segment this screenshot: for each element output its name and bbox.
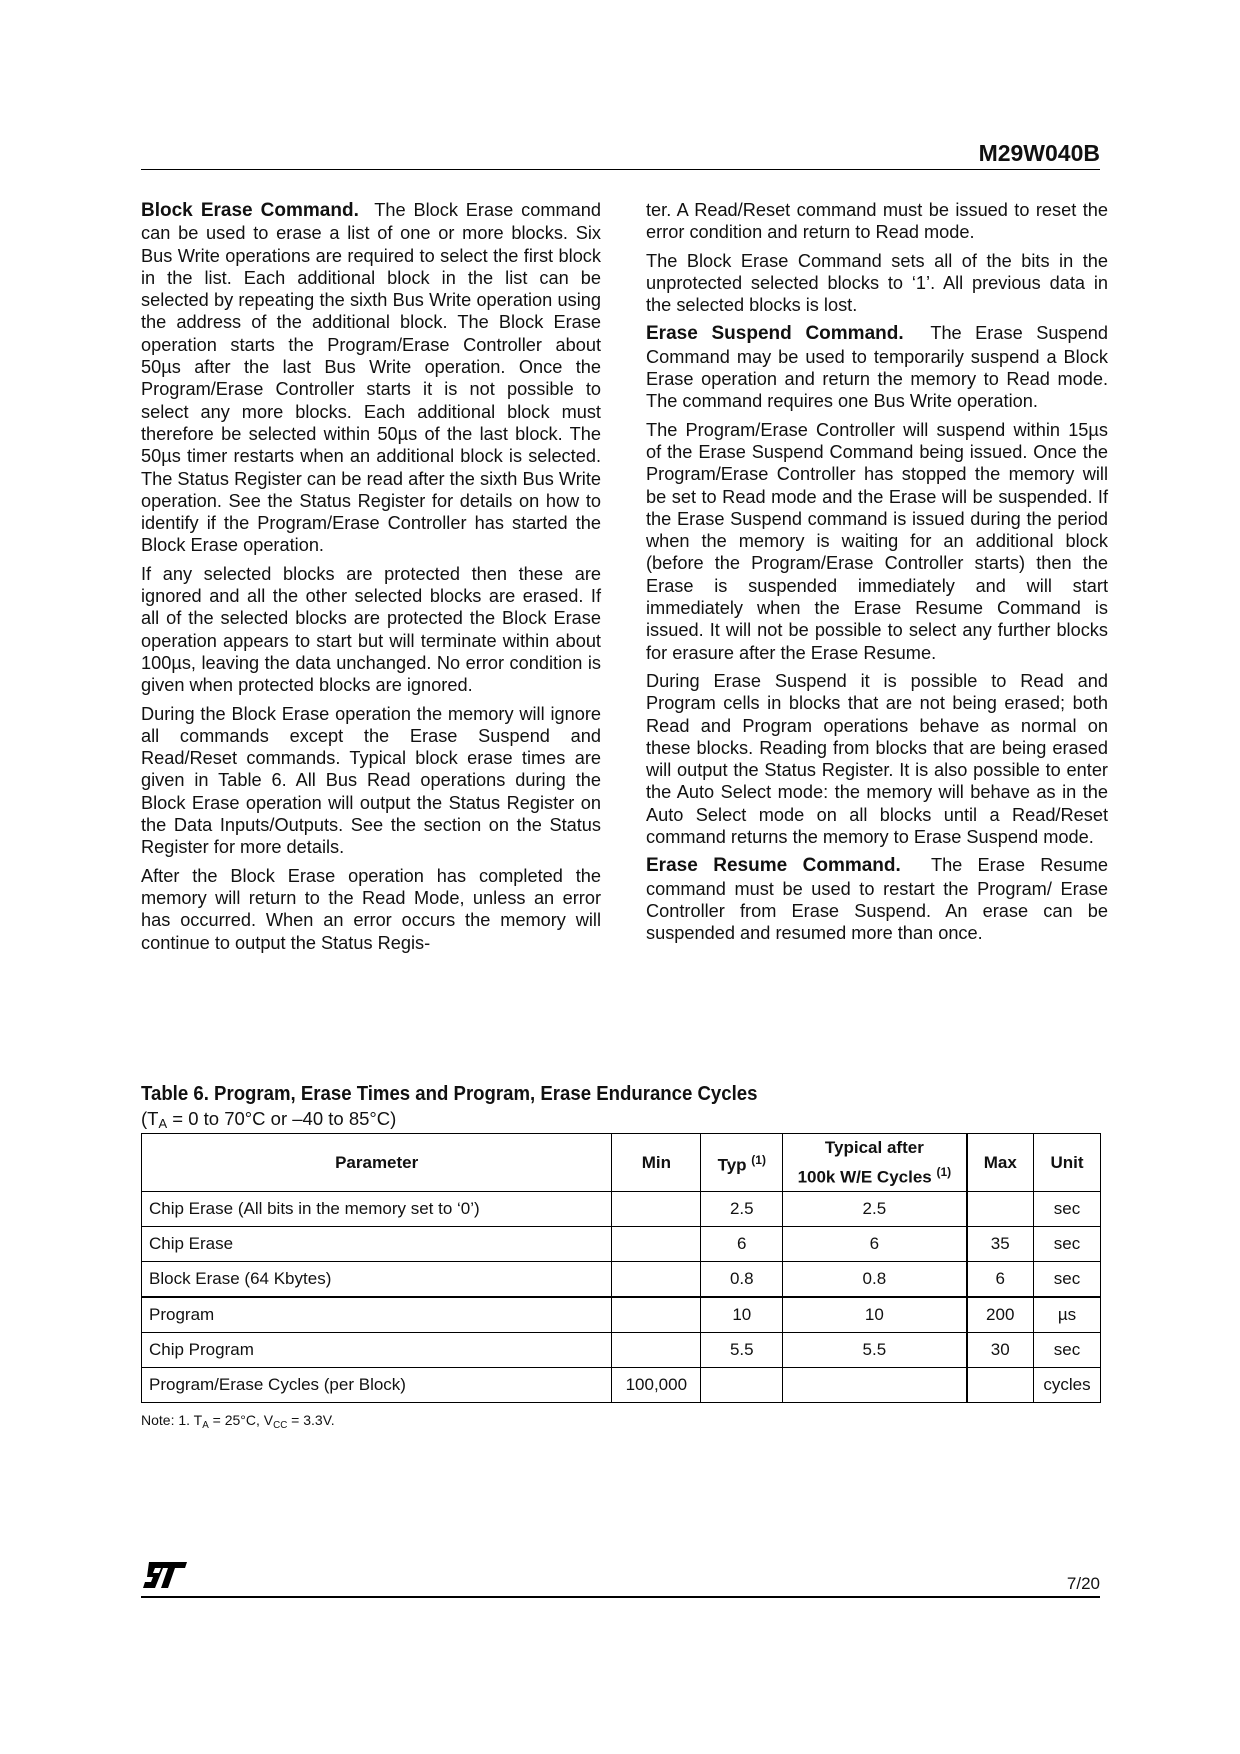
- read-reset-paragraph: ter. A Read/Reset command must be issued…: [646, 199, 1108, 244]
- header-parameter: Parameter: [142, 1134, 612, 1192]
- cell-max: 30: [967, 1333, 1034, 1368]
- cell-min: [612, 1227, 701, 1262]
- cell-unit: µs: [1033, 1297, 1100, 1333]
- cell-typ: 10: [701, 1297, 783, 1333]
- table-row: Chip Program 5.5 5.5 30 sec: [142, 1333, 1101, 1368]
- header-max: Max: [967, 1134, 1034, 1192]
- cell-max: 35: [967, 1227, 1034, 1262]
- table-row: Chip Erase 6 6 35 sec: [142, 1227, 1101, 1262]
- cell-min: [612, 1192, 701, 1227]
- header-unit: Unit: [1033, 1134, 1100, 1192]
- cell-unit: cycles: [1033, 1368, 1100, 1403]
- cell-max: [967, 1192, 1034, 1227]
- cell-typ-after: [783, 1368, 967, 1403]
- header-typ: Typ (1): [701, 1134, 783, 1192]
- cell-typ-after: 5.5: [783, 1333, 967, 1368]
- table-subtitle: (TA = 0 to 70°C or –40 to 85°C): [141, 1108, 396, 1131]
- header-typ-after: Typical after100k W/E Cycles (1): [783, 1134, 967, 1192]
- cell-min: [612, 1333, 701, 1368]
- st-logo-icon: [141, 1560, 189, 1590]
- cell-unit: sec: [1033, 1227, 1100, 1262]
- table-row: Program 10 10 200 µs: [142, 1297, 1101, 1333]
- protected-blocks-paragraph: If any selected blocks are protected the…: [141, 563, 601, 697]
- block-erase-paragraph: Block Erase Command. The Block Erase com…: [141, 199, 601, 557]
- cell-unit: sec: [1033, 1192, 1100, 1227]
- bits-set-paragraph: The Block Erase Command sets all of the …: [646, 250, 1108, 317]
- erase-resume-heading: Erase Resume Command.: [646, 855, 901, 876]
- cell-parameter: Block Erase (64 Kbytes): [142, 1262, 612, 1298]
- cell-parameter: Program/Erase Cycles (per Block): [142, 1368, 612, 1403]
- timing-table: Parameter Min Typ (1) Typical after100k …: [141, 1133, 1101, 1403]
- cell-unit: sec: [1033, 1333, 1100, 1368]
- suspend-timing-paragraph: The Program/Erase Controller will suspen…: [646, 419, 1108, 664]
- cell-typ-after: 0.8: [783, 1262, 967, 1298]
- cell-min: 100,000: [612, 1368, 701, 1403]
- header-rule: [141, 169, 1100, 170]
- block-erase-heading: Block Erase Command.: [141, 200, 359, 221]
- right-column: ter. A Read/Reset command must be issued…: [646, 199, 1108, 951]
- erase-suspend-paragraph: Erase Suspend Command. The Erase Suspend…: [646, 322, 1108, 412]
- cell-max: 6: [967, 1262, 1034, 1298]
- table-note: Note: 1. TA = 25°C, VCC = 3.3V.: [141, 1412, 335, 1431]
- cell-typ: [701, 1368, 783, 1403]
- cell-min: [612, 1262, 701, 1298]
- cell-min: [612, 1297, 701, 1333]
- cell-typ-after: 6: [783, 1227, 967, 1262]
- cell-max: 200: [967, 1297, 1034, 1333]
- during-erase-paragraph: During the Block Erase operation the mem…: [141, 703, 601, 859]
- cell-typ: 6: [701, 1227, 783, 1262]
- cell-parameter: Program: [142, 1297, 612, 1333]
- after-erase-paragraph: After the Block Erase operation has comp…: [141, 865, 601, 954]
- block-erase-body: The Block Erase command can be used to e…: [141, 200, 601, 555]
- cell-parameter: Chip Program: [142, 1333, 612, 1368]
- cell-typ-after: 2.5: [783, 1192, 967, 1227]
- erase-suspend-heading: Erase Suspend Command.: [646, 323, 904, 344]
- cell-unit: sec: [1033, 1262, 1100, 1298]
- table-row: Program/Erase Cycles (per Block) 100,000…: [142, 1368, 1101, 1403]
- during-suspend-paragraph: During Erase Suspend it is possible to R…: [646, 670, 1108, 848]
- table-header-row: Parameter Min Typ (1) Typical after100k …: [142, 1134, 1101, 1192]
- cell-max: [967, 1368, 1034, 1403]
- cell-parameter: Chip Erase (All bits in the memory set t…: [142, 1192, 612, 1227]
- page-number: 7/20: [1067, 1574, 1100, 1594]
- cell-typ-after: 10: [783, 1297, 967, 1333]
- cell-parameter: Chip Erase: [142, 1227, 612, 1262]
- table-row: Chip Erase (All bits in the memory set t…: [142, 1192, 1101, 1227]
- header-min: Min: [612, 1134, 701, 1192]
- left-column: Block Erase Command. The Block Erase com…: [141, 199, 601, 960]
- table-title: Table 6. Program, Erase Times and Progra…: [141, 1083, 757, 1106]
- table-row: Block Erase (64 Kbytes) 0.8 0.8 6 sec: [142, 1262, 1101, 1298]
- cell-typ: 5.5: [701, 1333, 783, 1368]
- cell-typ: 2.5: [701, 1192, 783, 1227]
- cell-typ: 0.8: [701, 1262, 783, 1298]
- footer-rule: [141, 1596, 1100, 1598]
- erase-resume-paragraph: Erase Resume Command. The Erase Resume c…: [646, 854, 1108, 944]
- part-number-header: M29W040B: [979, 140, 1100, 167]
